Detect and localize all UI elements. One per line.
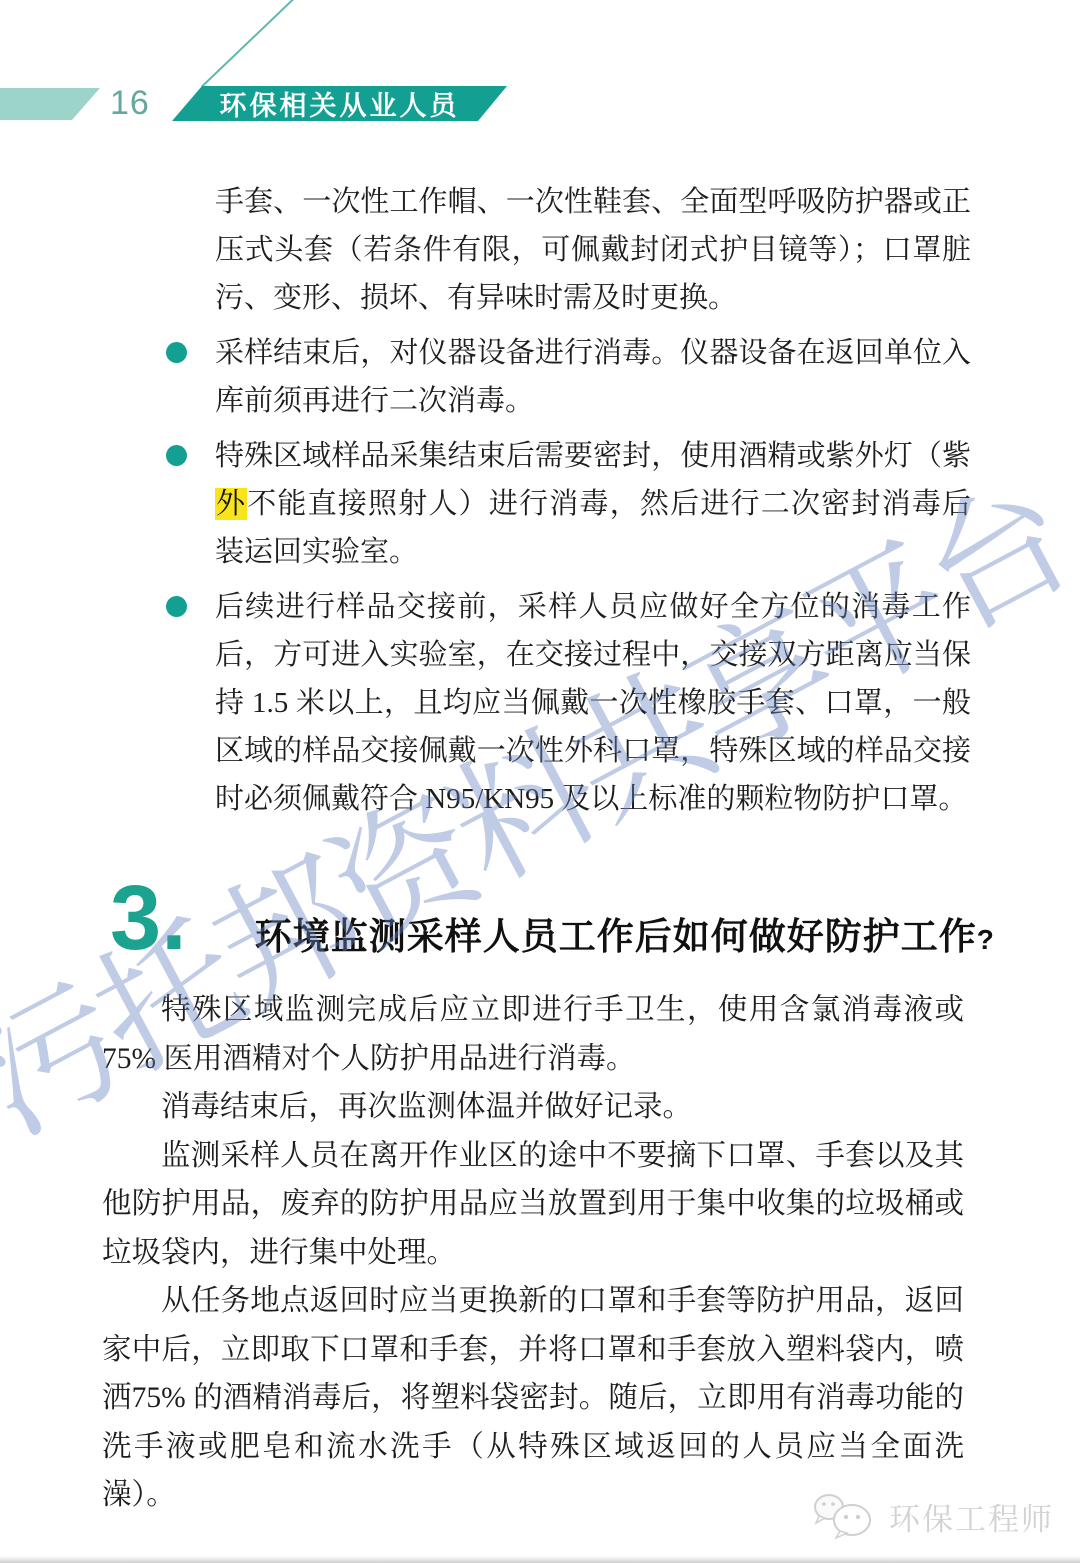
page-edge-shadow [0, 1556, 1080, 1563]
bullet-text-pre: 特殊区域样品采集结束后需要密封，使用酒精或紫外灯（紫 [215, 440, 971, 472]
wechat-bubbles-icon [809, 1492, 883, 1540]
section-number: 3. [110, 867, 187, 969]
section-question-mark: ? [977, 924, 994, 955]
paragraph: 从任务地点返回时应当更换新的口罩和手套等防护用品，返回家中后，立即取下口罩和手套… [102, 1277, 964, 1520]
paragraph: 监测采样人员在离开作业区的途中不要摘下口罩、手套以及其他防护用品，废弃的防护用品… [102, 1132, 964, 1278]
bullet-dot-icon [166, 596, 187, 617]
bullet-text: 采样结束后，对仪器设备进行消毒。仪器设备在返回单位入库前须再进行二次消毒。 [215, 337, 971, 417]
section-title: 环境监测采样人员工作后如何做好防护工作 [255, 916, 977, 957]
header-banner-label: 环保相关从业人员 [220, 84, 460, 123]
paragraph: 特殊区域监测完成后应立即进行手卫生，使用含氯消毒液或75% 医用酒精对个人防护用… [102, 986, 964, 1083]
document-page: 16 环保相关从业人员 手套、一次性工作帽、一次性鞋套、全面型呼吸防护器或正压式… [0, 0, 1080, 1563]
bullet-dot-icon [166, 445, 187, 466]
bullet-list: 手套、一次性工作帽、一次性鞋套、全面型呼吸防护器或正压式头套（若条件有限，可佩戴… [215, 178, 971, 823]
bullet-text-post: 不能直接照射人）进行消毒，然后进行二次密封消毒后装运回实验室。 [215, 488, 971, 568]
bullet-item: 特殊区域样品采集结束后需要密封，使用酒精或紫外灯（紫外不能直接照射人）进行消毒，… [215, 432, 971, 576]
body-paragraphs: 特殊区域监测完成后应立即进行手卫生，使用含氯消毒液或75% 医用酒精对个人防护用… [102, 986, 964, 1520]
bullet-item: 采样结束后，对仪器设备进行消毒。仪器设备在返回单位入库前须再进行二次消毒。 [215, 329, 971, 425]
footer-logo-text: 环保工程师 [889, 1494, 1054, 1539]
paragraph: 消毒结束后，再次监测体温并做好记录。 [102, 1083, 964, 1132]
footer-logo: 环保工程师 [809, 1492, 1054, 1540]
bullet-item: 后续进行样品交接前，采样人员应做好全方位的消毒工作后，方可进入实验室，在交接过程… [215, 583, 971, 823]
highlighted-text: 外 [215, 488, 247, 520]
header-diagonal-line [201, 0, 294, 87]
bullet-dot-icon [166, 342, 187, 363]
bullet-continuation-text: 手套、一次性工作帽、一次性鞋套、全面型呼吸防护器或正压式头套（若条件有限，可佩戴… [215, 178, 971, 322]
header-accent-bar [0, 88, 100, 120]
page-number: 16 [110, 84, 150, 122]
header-banner: 环保相关从业人员 [172, 86, 507, 121]
section-heading: 3.环境监测采样人员工作后如何做好防护工作? [110, 868, 994, 968]
bullet-text: 后续进行样品交接前，采样人员应做好全方位的消毒工作后，方可进入实验室，在交接过程… [215, 591, 971, 815]
